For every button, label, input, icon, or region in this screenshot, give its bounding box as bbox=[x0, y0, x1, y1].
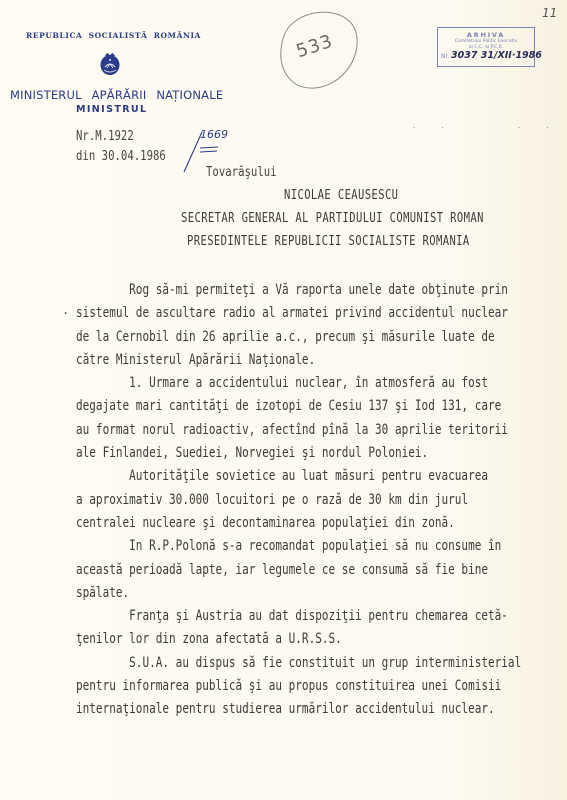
stamp-title: ARHIVA bbox=[438, 31, 534, 39]
body-line: ale Finlandei, Suediei, Norvegiei şi nor… bbox=[76, 442, 524, 465]
page-number: 11 bbox=[542, 6, 557, 20]
body-line: pentru informarea publică şi au propus c… bbox=[76, 675, 524, 698]
body-line: degajate mari cantităţi de izotopi de Ce… bbox=[76, 395, 524, 418]
body-line: Franţa şi Austria au dat dispoziţii pent… bbox=[76, 605, 524, 628]
body-line: spălate. bbox=[76, 582, 524, 605]
body-line: au format norul radioactiv, afectînd pîn… bbox=[76, 419, 524, 442]
body-line: 1. Urmare a accidentului nuclear, în atm… bbox=[76, 372, 524, 395]
margin-dot: . bbox=[62, 303, 69, 317]
addressee-name: NICOLAE CEAUSESCU bbox=[284, 187, 398, 203]
reference-number: Nr.M.1922 bbox=[76, 129, 134, 144]
body-line: In R.P.Polonă s-a recomandat populaţiei … bbox=[76, 535, 524, 558]
stray-marks-2: . . bbox=[517, 122, 560, 130]
addressee-title-1: SECRETAR GENERAL AL PARTIDULUI COMUNIST … bbox=[181, 210, 484, 226]
body-line: de la Cernobil din 26 aprilie a.c., prec… bbox=[76, 326, 524, 349]
letterhead-ministry: MINISTERUL APĂRĂRII NAȚIONALE bbox=[10, 88, 223, 102]
handwritten-registration: 1669 bbox=[200, 128, 228, 141]
body-line: S.U.A. au dispus să fie constituit un gr… bbox=[76, 652, 524, 675]
body-line: a aproximativ 30.000 locuitori pe o rază… bbox=[76, 489, 524, 512]
body-line: sistemul de ascultare radio al armatei p… bbox=[76, 302, 524, 325]
body-line: ţenilor lor din zona afectată a U.R.S.S. bbox=[76, 628, 524, 651]
salutation: Tovarăşului bbox=[206, 165, 277, 180]
reference-date: din 30.04.1986 bbox=[76, 149, 166, 164]
letter-body: Rog să-mi permiteţi a Vă raporta unele d… bbox=[76, 279, 524, 722]
stamp-nr-label: Nr. bbox=[441, 53, 449, 60]
body-line: către Ministerul Apărării Naţionale. bbox=[76, 349, 524, 372]
stray-marks: . . bbox=[412, 122, 455, 130]
letterhead-country: REPUBLICA SOCIALISTĂ ROMÂNIA bbox=[26, 31, 201, 40]
archive-stamp: ARHIVA Comitetului Politic Executiv al C… bbox=[437, 27, 535, 67]
body-line: Autorităţile sovietice au luat măsuri pe… bbox=[76, 465, 524, 488]
body-line: centralei nucleare şi decontaminarea pop… bbox=[76, 512, 524, 535]
stamp-nr-value: 3037 31/XII·1986 bbox=[451, 50, 542, 61]
addressee-title-2: PRESEDINTELE REPUBLICII SOCIALISTE ROMAN… bbox=[187, 233, 470, 249]
body-line: această perioadă lapte, iar legumele ce … bbox=[76, 559, 524, 582]
body-line: Rog să-mi permiteţi a Vă raporta unele d… bbox=[76, 279, 524, 302]
document-page: REPUBLICA SOCIALISTĂ ROMÂNIA MINISTERUL … bbox=[0, 0, 567, 800]
letterhead-office: MINISTRUL bbox=[76, 104, 147, 115]
body-line: internaţionale pentru studierea urmărilo… bbox=[76, 698, 524, 721]
coat-of-arms-icon bbox=[99, 52, 121, 76]
